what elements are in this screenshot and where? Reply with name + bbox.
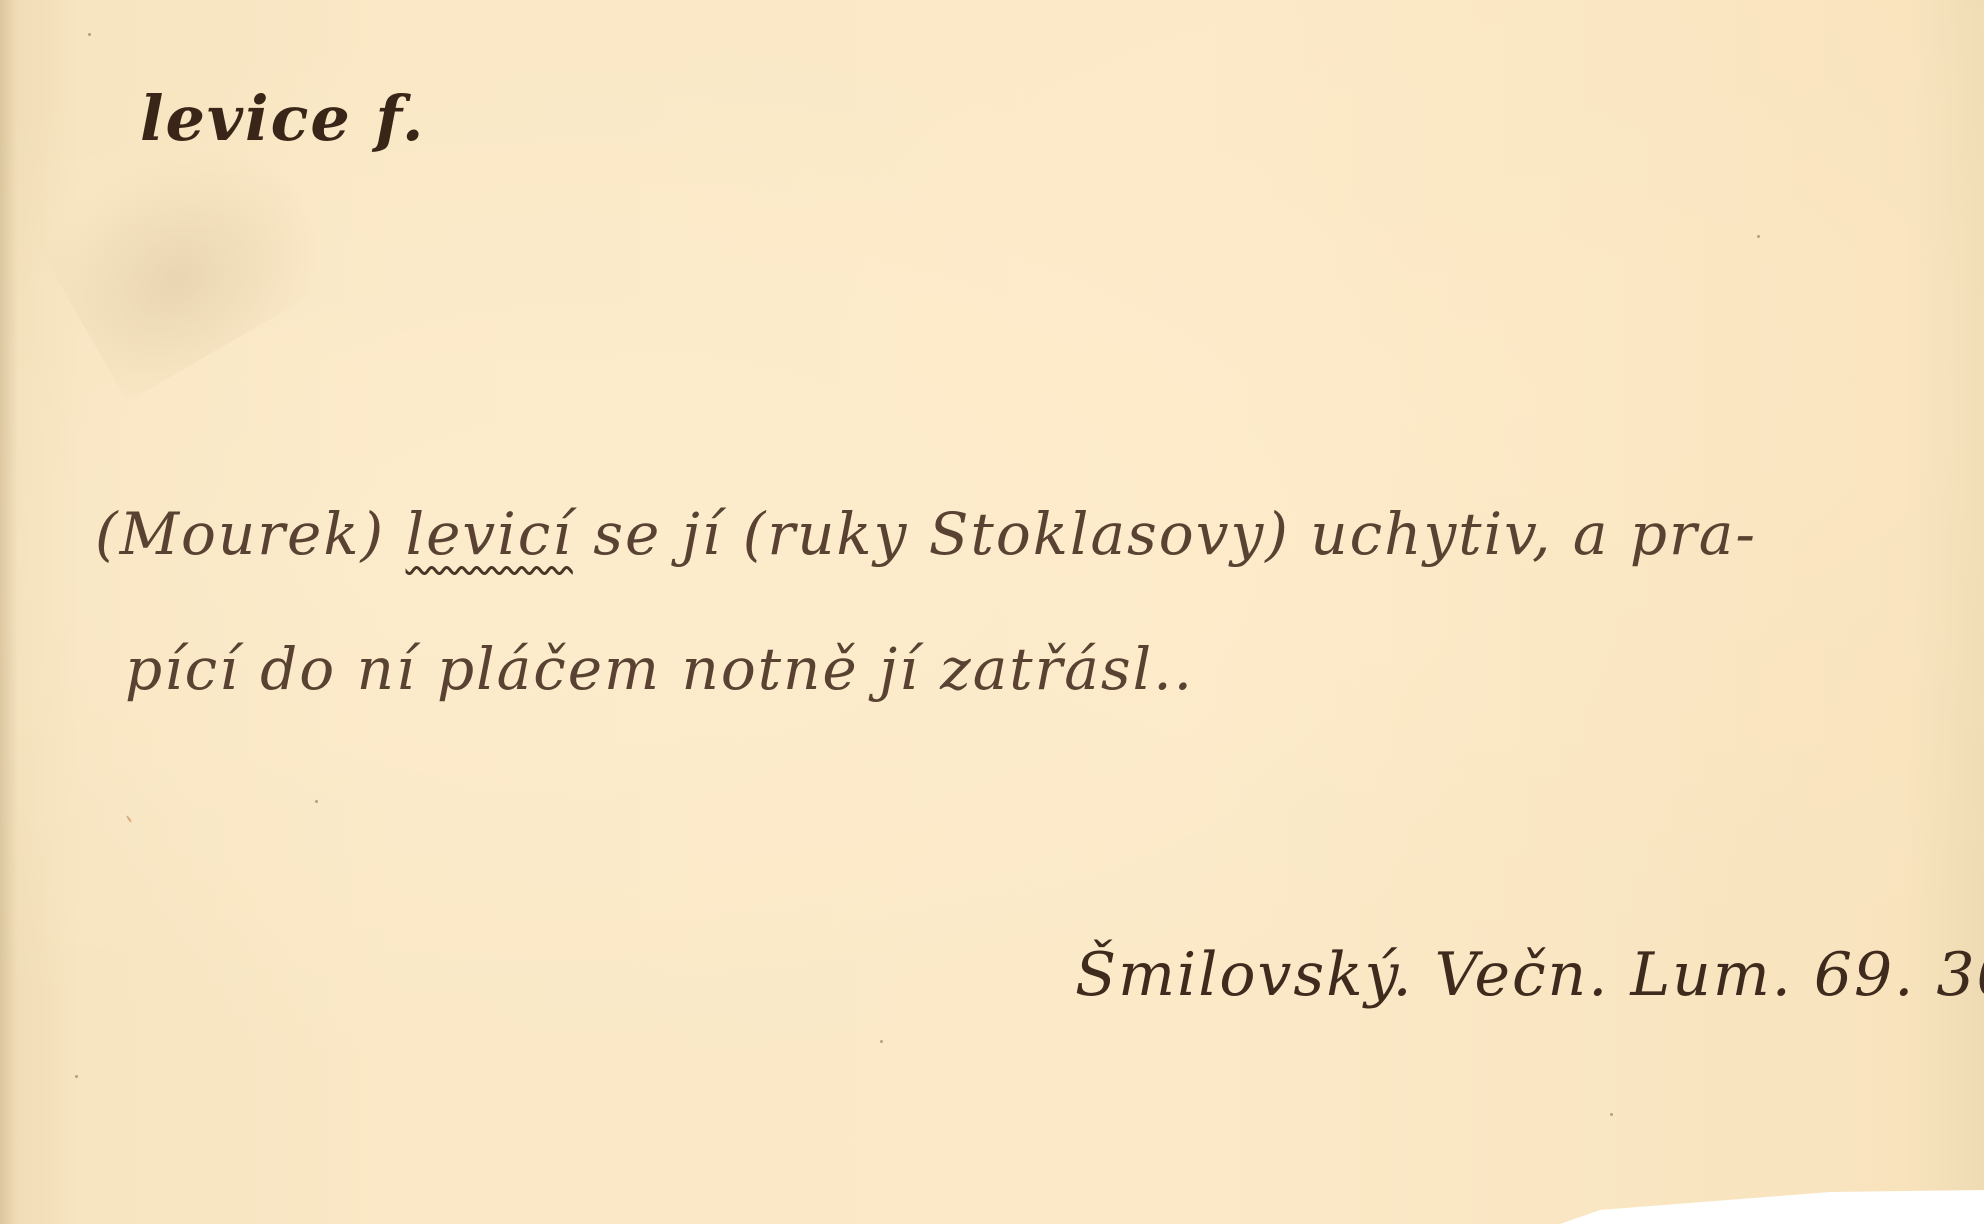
- paper-speck: [880, 1040, 883, 1043]
- paper-speck: [88, 33, 91, 36]
- headword: levice f.: [140, 82, 425, 155]
- citation-line-1: (Mourek) levicí se jí (ruky Stoklasovy) …: [95, 500, 1757, 568]
- citation-author: (Mourek): [95, 500, 406, 568]
- source-reference: Šmilovský. Večn. Lum. 69. 30. (1863).: [1075, 940, 1984, 1010]
- citation-line-1-rest: se jí (ruky Stoklasovy) uchytiv, a pra-: [573, 500, 1757, 568]
- paper-speck: [1757, 235, 1760, 238]
- citation-keyword: levicí: [406, 500, 573, 568]
- paper-speck: [315, 800, 318, 803]
- paper-speck: [1610, 1113, 1613, 1116]
- document-page: levice f. (Mourek) levicí se jí (ruky St…: [0, 0, 1984, 1224]
- citation-line-2: pící do ní pláčem notně jí zatřásl..: [125, 635, 1194, 703]
- paper-speck: [126, 815, 132, 823]
- page-edge-shadow: [0, 0, 18, 1224]
- paper-speck: [75, 1075, 78, 1078]
